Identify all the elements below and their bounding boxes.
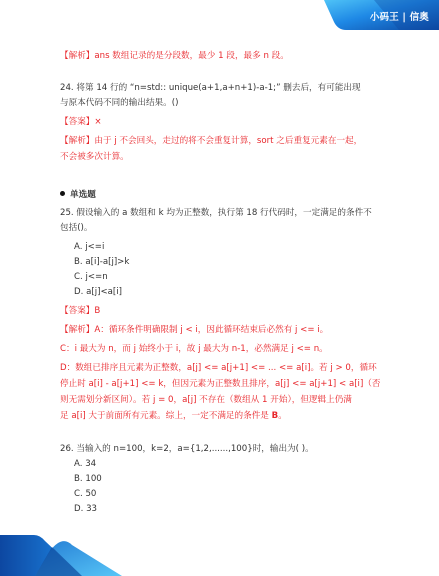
q25-question-line1: 25. 假设输入的 a 数组和 k 均为正整数，执行第 18 行代码时，一定满足… bbox=[60, 207, 372, 219]
q26-option-a: A. 34 bbox=[74, 458, 96, 470]
bullet-icon bbox=[60, 191, 65, 196]
q24-analysis-line2: 不会被多次计算。 bbox=[60, 151, 129, 163]
q25-option-c: C. j<=n bbox=[74, 271, 108, 283]
q25-analysis-c: C：i 最大为 n，而 j 始终小于 i，故 j 最大为 n-1，必然满足 j … bbox=[60, 343, 328, 355]
q24-question-line1: 24. 将第 14 行的 “n=std:: unique(a+1,a+n+1)-… bbox=[60, 82, 361, 94]
q26-question: 26. 当输入的 n=100，k=2，a={1,2,......,100}时，输… bbox=[60, 443, 314, 455]
q25-answer: 【答案】B bbox=[60, 305, 100, 317]
q25-option-a: A. j<=i bbox=[74, 241, 104, 253]
section-title: 单选题 bbox=[60, 189, 96, 201]
q24-analysis-line1: 【解析】由于 j 不会回头，走过的将不会重复计算，sort 之后重复元素在一起， bbox=[60, 135, 362, 147]
q25-analysis-d-line4-suffix: 。 bbox=[278, 411, 287, 421]
q26-option-b: B. 100 bbox=[74, 473, 102, 485]
q25-analysis-a: 【解析】A：循环条件明确限制 j < i，因此循环结束后必然有 j <= i。 bbox=[60, 324, 328, 336]
q25-analysis-d-line4-prefix: 足 a[i] 大于前面所有元素。综上，一定不满足的条件是 bbox=[60, 411, 272, 421]
q23-analysis: 【解析】ans 数组记录的是分段数，最少 1 段，最多 n 段。 bbox=[60, 50, 289, 62]
q26-option-d: D. 33 bbox=[74, 503, 97, 515]
footer-mountain-decoration bbox=[0, 521, 125, 576]
q25-analysis-d-line2: 停止时 a[i] - a[j+1] <= k，但因元素为正整数且排序，a[j] … bbox=[60, 378, 381, 390]
q24-question-line2: 与原本代码不同的输出结果。() bbox=[60, 97, 178, 109]
q25-analysis-d-line4: 足 a[i] 大于前面所有元素。综上，一定不满足的条件是 B。 bbox=[60, 410, 287, 422]
q25-option-b: B. a[i]-a[j]>k bbox=[74, 256, 129, 268]
brand-logo: 小码王 | 信奥 bbox=[370, 9, 429, 23]
q25-analysis-d-line3: 则无需划分新区间）。若 j = 0，a[j] 不存在（数组从 1 开始），但逻辑… bbox=[60, 394, 352, 406]
q24-answer: 【答案】× bbox=[60, 116, 102, 128]
q26-option-c: C. 50 bbox=[74, 488, 96, 500]
section-title-text: 单选题 bbox=[70, 190, 96, 200]
q25-option-d: D. a[j]<a[i] bbox=[74, 286, 122, 298]
q25-question-line2: 包括()。 bbox=[60, 222, 93, 234]
q25-analysis-d-line1: D：数组已排序且元素为正整数，a[j] <= a[j+1] <= ... <= … bbox=[60, 362, 377, 374]
